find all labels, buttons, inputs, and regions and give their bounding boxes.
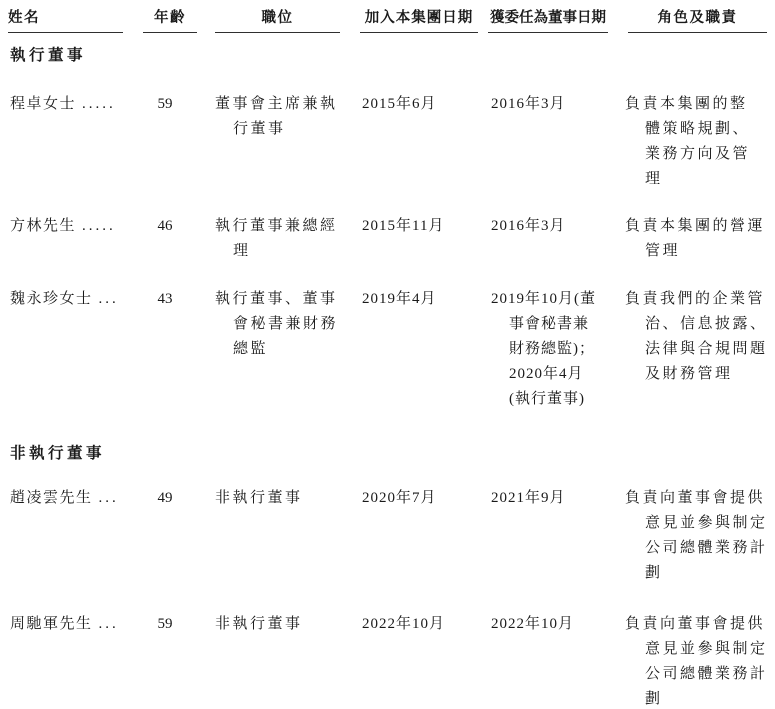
col-header-position-label: 職位 (262, 10, 294, 26)
dot-leader: ..... (82, 218, 116, 234)
table-row: 周馳軍先生... 59 非執行董事 2022年10月 2022年10月 負責向董… (0, 612, 775, 709)
name-cell: 趙凌雲先生... (0, 486, 133, 612)
director-name: 魏永珍女士 (10, 291, 93, 307)
roles-cell: 負責本集團的營運 管理 (613, 214, 775, 287)
roles-cell: 負責本集團的整 體策略規劃、 業務方向及管 理 (613, 92, 775, 214)
age-cell: 59 (133, 612, 197, 709)
col-header-appointed-date-label: 獲委任為董事日期 (490, 10, 606, 26)
age-cell: 46 (133, 214, 197, 287)
section-row-non-executive: 非執行董事 (0, 418, 775, 486)
table-row: 魏永珍女士... 43 執行董事、董事 會秘書兼財務 總監 2019年4月 20… (0, 287, 775, 418)
section-title-executive-directors: 執行董事 (0, 33, 775, 92)
joined-date-cell: 2020年7月 (345, 486, 483, 612)
col-header-age: 年齡 (143, 7, 197, 33)
header-row: 姓名 年齡 職位 加入本集團日期 獲委任為董事日期 角色及職責 (0, 7, 775, 33)
roles-cell: 負責向董事會提供 意見並參與制定 公司總體業務計 劃 (613, 612, 775, 709)
position-cell: 非執行董事 (197, 486, 345, 612)
name-cell: 魏永珍女士... (0, 287, 133, 418)
col-header-age-label: 年齡 (154, 10, 186, 26)
col-header-appointed-date: 獲委任為董事日期 (488, 7, 608, 33)
director-name: 周馳軍先生 (10, 616, 93, 632)
col-header-roles-label: 角色及職責 (658, 10, 738, 26)
position-cell: 執行董事、董事 會秘書兼財務 總監 (197, 287, 345, 418)
roles-cell: 負責向董事會提供 意見並參與制定 公司總體業務計 劃 (613, 486, 775, 612)
age-cell: 59 (133, 92, 197, 214)
section-title-non-executive-directors: 非執行董事 (0, 418, 775, 486)
name-cell: 方林先生..... (0, 214, 133, 287)
dot-leader: ... (99, 490, 119, 506)
position-cell: 董事會主席兼執 行董事 (197, 92, 345, 214)
joined-date-cell: 2015年6月 (345, 92, 483, 214)
name-cell: 程卓女士..... (0, 92, 133, 214)
dot-leader: ... (99, 291, 119, 307)
table-row: 程卓女士..... 59 董事會主席兼執 行董事 2015年6月 2016年3月… (0, 92, 775, 214)
joined-date-cell: 2022年10月 (345, 612, 483, 709)
col-header-joined-date: 加入本集團日期 (360, 7, 478, 33)
director-name: 程卓女士 (10, 96, 76, 112)
age-cell: 49 (133, 486, 197, 612)
appointed-date-cell: 2016年3月 (483, 214, 613, 287)
director-name: 方林先生 (10, 218, 76, 234)
col-header-joined-date-label: 加入本集團日期 (365, 10, 474, 26)
directors-table: 姓名 年齡 職位 加入本集團日期 獲委任為董事日期 角色及職責 執行董事 程卓女… (0, 7, 775, 709)
section-row-executive: 執行董事 (0, 33, 775, 92)
table-row: 趙凌雲先生... 49 非執行董事 2020年7月 2021年9月 負責向董事會… (0, 486, 775, 612)
col-header-position: 職位 (215, 7, 340, 33)
dot-leader: ... (99, 616, 119, 632)
name-cell: 周馳軍先生... (0, 612, 133, 709)
appointed-date-cell: 2016年3月 (483, 92, 613, 214)
appointed-date-cell: 2022年10月 (483, 612, 613, 709)
col-header-name-label: 姓名 (8, 10, 40, 26)
joined-date-cell: 2015年11月 (345, 214, 483, 287)
dot-leader: ..... (82, 96, 116, 112)
directors-table-page: 姓名 年齡 職位 加入本集團日期 獲委任為董事日期 角色及職責 執行董事 程卓女… (0, 0, 775, 709)
age-cell: 43 (133, 287, 197, 418)
col-header-name: 姓名 (8, 7, 123, 33)
appointed-date-cell: 2021年9月 (483, 486, 613, 612)
joined-date-cell: 2019年4月 (345, 287, 483, 418)
director-name: 趙凌雲先生 (10, 490, 93, 506)
col-header-roles: 角色及職責 (628, 7, 767, 33)
roles-cell: 負責我們的企業管 治、信息披露、 法律與合規問題 及財務管理 (613, 287, 775, 418)
position-cell: 非執行董事 (197, 612, 345, 709)
position-cell: 執行董事兼總經 理 (197, 214, 345, 287)
table-row: 方林先生..... 46 執行董事兼總經 理 2015年11月 2016年3月 … (0, 214, 775, 287)
appointed-date-cell: 2019年10月(董 事會秘書兼 財務總監)； 2020年4月 (執行董事) (483, 287, 613, 418)
